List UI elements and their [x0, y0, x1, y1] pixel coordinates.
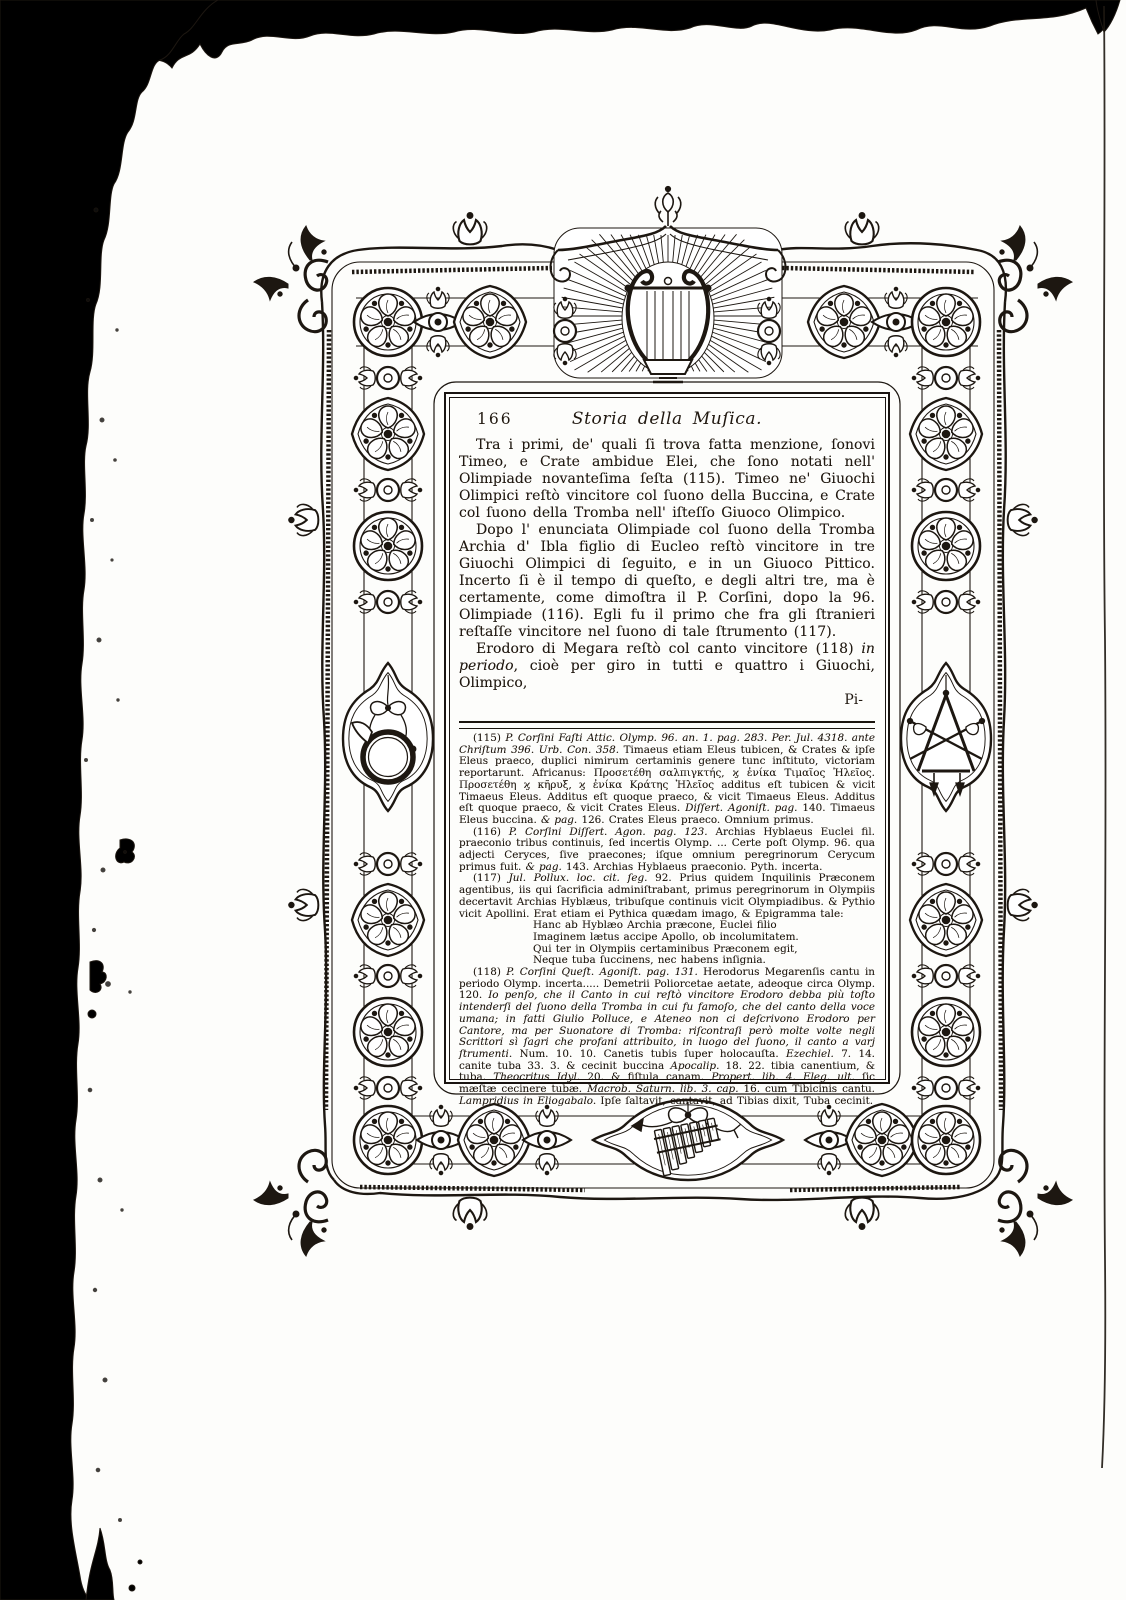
footnotes: (115) P. Corſini Faſti Attic. Olymp. 96.… [459, 733, 875, 1108]
body-text: Tra i primi, de' quali ſi trova fatta me… [459, 437, 875, 692]
catchword: Pi- [459, 692, 875, 708]
rosette-icon [354, 512, 422, 580]
footnote: (115) P. Corſini Faſti Attic. Olymp. 96.… [459, 733, 875, 827]
sprig-icon [845, 1198, 878, 1230]
footnote: (118) P. Corſini Queſt. Agoniſt. pag. 13… [459, 967, 875, 1107]
rosette-icon [912, 998, 980, 1066]
sprig-icon [453, 1198, 486, 1230]
corner-flourish-bottom-right [998, 1150, 1072, 1256]
left-cartouche [343, 663, 433, 811]
sprig-icon [1008, 889, 1037, 920]
rosette-icon [912, 288, 980, 356]
book-page-scan: { "header": { "page_number": "166", "tit… [0, 0, 1126, 1600]
running-title: Storia della Muſica. [459, 402, 875, 429]
rosette-icon [352, 398, 424, 470]
footnote: (117) Jul. Pollux. loc. cit. ſeg. 92. Pr… [459, 873, 875, 920]
page-crease-line [1102, 6, 1106, 1468]
body-paragraph: Dopo l' enunciata Olimpiade col ſuono de… [459, 522, 875, 641]
sprig-icon [845, 213, 878, 245]
corner-flourish-bottom-left [254, 1150, 328, 1256]
rosette-icon [454, 286, 526, 358]
sprig-icon [289, 504, 318, 535]
corner-flourish-top-right [998, 226, 1072, 332]
corner-flourish-top-left [254, 226, 328, 332]
body-paragraph: Erodoro di Megara reſtò col canto vincit… [459, 641, 875, 692]
ink-blots [85, 208, 135, 1522]
sprig-icon [453, 213, 486, 245]
bottom-cartouche [593, 1100, 783, 1180]
rosette-icon [912, 1106, 980, 1174]
rosette-icon [354, 998, 422, 1066]
fleur-finial-icon [655, 187, 681, 226]
right-cartouche [901, 663, 991, 811]
rosette-icon [354, 288, 422, 356]
crest [551, 187, 786, 382]
footnote-separator-rule [459, 721, 875, 729]
page-number: 166 [477, 410, 513, 428]
rosette-icon [910, 398, 982, 470]
rosette-icon [354, 1106, 422, 1174]
sprig-icon [289, 889, 318, 920]
footnote: (116) P. Corſini Diſſert. Agon. pag. 123… [459, 827, 875, 874]
page-header: 166 Storia della Muſica. [459, 402, 875, 432]
sprig-icon [1008, 504, 1037, 535]
body-paragraph: Tra i primi, de' quali ſi trova fatta me… [459, 437, 875, 522]
rosette-icon [458, 1104, 530, 1176]
rosette-icon [846, 1104, 918, 1176]
text-block: 166 Storia della Muſica. Tra i primi, de… [444, 392, 890, 1084]
rosette-icon [910, 884, 982, 956]
rosette-icon [808, 286, 880, 358]
rosette-icon [352, 884, 424, 956]
rosette-icon [912, 512, 980, 580]
